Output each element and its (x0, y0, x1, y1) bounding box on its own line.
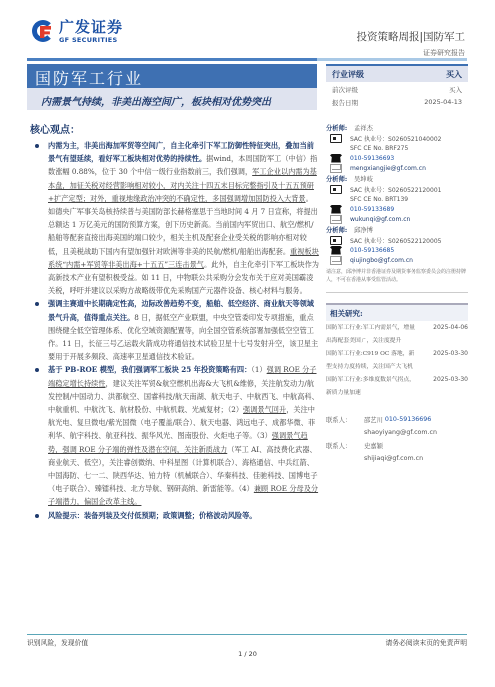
prev-rating-row: 前次评级 买入 (326, 82, 468, 95)
contact-email[interactable]: shijiaqi@gf.com.cn (364, 455, 423, 462)
bullet-3: 基于 PB-ROE 模型，我们强调军工板块 25 年投资策略有四：（1）强调 R… (34, 363, 319, 508)
contact-email[interactable]: shaoyiyang@gf.com.cn (364, 429, 437, 436)
related-title[interactable]: 国防军工行业:C919 OC 落地，新型支持力度持续，关注国产大飞机 (326, 348, 416, 373)
rating-value: 买入 (446, 69, 462, 80)
related-date: 2025-03-30 (433, 374, 468, 399)
analyst-label: 分析师: (326, 174, 354, 183)
logo-cn: 广发证券 (59, 20, 123, 35)
phone-icon (330, 154, 342, 163)
core-heading: 核心观点： (30, 121, 80, 136)
bullet-lead: 风险提示：装备列装及交付低预期；政策调整；价格波动风险等。 (48, 511, 256, 520)
related-date: 2025-04-06 (433, 322, 468, 347)
footer-divider (27, 634, 467, 635)
phone-number: 010-59136685 (350, 247, 394, 254)
analyst-label: 分析师: (326, 123, 354, 132)
rating-header: 行业评级 买入 (326, 64, 468, 82)
sidebar: 行业评级 买入 前次评级 买入 报告日期 2025-04-13 分析师:孟祥杰 … (326, 64, 468, 465)
spacer (330, 144, 342, 153)
spacer (330, 195, 342, 204)
contact-name: 史嘉颖 (364, 441, 383, 450)
id-card-icon (330, 185, 342, 194)
contact-label: 联系人： (326, 441, 364, 450)
bullet-text: 。如德央广军事关岛核持续普与美国防部长赫格塞思于当地时间 4 月 7 日宣称，将… (48, 194, 318, 256)
phone-number: 010-59136693 (350, 155, 394, 162)
sac-number: SAC 执业号：S0260521040002 (350, 134, 441, 143)
analyst-1: 分析师:孟祥杰 SAC 执业号：S0260521040002 SFC CE No… (326, 122, 468, 173)
sac-number: SAC 执业号：S0260522120001 (350, 185, 441, 194)
bullet-lead: 基于 PB-ROE 模型，我们强调军工板块 25 年投资策略有四： (48, 365, 251, 374)
related-date: 2025-03-30 (433, 348, 468, 373)
related-item[interactable]: 国防军工行业:C919 OC 落地，新型支持力度持续，关注国产大飞机2025-0… (326, 348, 468, 373)
underlined-text: 强调景气回升 (243, 405, 286, 414)
date-label: 报告日期 (332, 98, 358, 108)
analyst-name: 吴坤岐 (354, 174, 373, 183)
mail-icon (330, 215, 342, 224)
analyst-name: 孟祥杰 (354, 123, 373, 132)
related-heading: 相关研究: (326, 303, 468, 321)
bullet-4: 风险提示：装备列装及交付低预期；政策调整；价格波动风险等。 (34, 509, 319, 522)
report-type: 投资策略周报|国防军工 (356, 29, 465, 44)
header-divider (27, 58, 467, 61)
rating-label: 行业评级 (332, 69, 364, 80)
footer-disclaimer: 请务必阅读末页的免责声明 (385, 637, 467, 647)
email-link[interactable]: mengxiangjie@gf.com.cn (350, 165, 426, 172)
phone-icon (330, 205, 342, 214)
sac-number: SAC 执业号：S0260522120005 (350, 236, 441, 245)
mail-icon (330, 164, 342, 173)
related-item[interactable]: 国防军工行业:多维度数景气拐点，新质力量加速2025-03-30 (326, 374, 468, 399)
id-card-icon (330, 236, 342, 245)
email-link[interactable]: qiujingbo@gf.com.cn (350, 257, 413, 264)
page-number: 1 / 20 (0, 650, 495, 658)
gf-logo-icon (32, 20, 56, 44)
report-sub: 证券研究报告 (356, 48, 465, 58)
date-row: 报告日期 2025-04-13 (326, 95, 468, 108)
date-value: 2025-04-13 (424, 98, 462, 108)
phone-icon (330, 246, 342, 255)
main-content: 内需为主，非美出海加军贸等空间广，自主化牵引下军工防御性特征突出，叠加当前景气有… (34, 139, 319, 522)
phone-number: 010-59133689 (350, 206, 394, 213)
contact-label: 联系人： (326, 415, 364, 424)
gf-logo: 广发证券 GF SECURITIES (32, 20, 123, 44)
mail-icon (330, 256, 342, 265)
analyst-3: 分析师:邱净博 SAC 执业号：S0260522120005 010-59136… (326, 224, 468, 265)
related-item[interactable]: 国防军工行业:军工内需景气，增量出海配套美国ㄏ，关注度提升2025-04-06 (326, 322, 468, 347)
bullet-2: 强调主赛道中长期确定性高，边际改善趋势不变，船舶、低空经济、商业航天等领域景气升… (34, 297, 319, 363)
bullet-1: 内需为主，非美出海加军贸等空间广，自主化牵引下军工防御性特征突出，叠加当前景气有… (34, 139, 319, 297)
industry-title: 国防军工行业 (27, 64, 317, 88)
sfc-number: SFC CE No. BRF275 (350, 145, 408, 152)
sfc-number: SFC CE No. BRT139 (350, 196, 408, 203)
contact-phone: 010-59136696 (385, 416, 431, 423)
logo-en: GF SECURITIES (59, 37, 123, 44)
email-link[interactable]: wukunqi@gf.com.cn (350, 216, 410, 223)
footer-slogan: 识别风险，发现价值 (27, 637, 88, 647)
bullet-text: （1） (251, 365, 266, 374)
analyst-label: 分析师: (326, 225, 354, 234)
prev-rating-label: 前次评级 (332, 85, 358, 95)
report-subtitle: 内需景气持续，非美出海空间广，板块相对优势突出 (27, 88, 317, 110)
prev-rating-value: 买入 (449, 85, 462, 95)
related-title[interactable]: 国防军工行业:多维度数景气拐点，新质力量加速 (326, 374, 416, 399)
analyst-2: 分析师:吴坤岐 SAC 执业号：S0260522120001 SFC CE No… (326, 173, 468, 224)
analyst-name: 邱净博 (354, 225, 373, 234)
id-card-icon (330, 134, 342, 143)
contacts: 联系人：邵艺川 010-59136696 shaoyiyang@gf.com.c… (326, 413, 468, 465)
related-title[interactable]: 国防军工行业:军工内需景气，增量出海配套美国ㄏ，关注度提升 (326, 322, 416, 347)
license-note: 请注意，邱净博并非香港证券及期货事务监察委员会的注册持牌人，不可在香港从事受监管… (326, 268, 468, 293)
page-header: 广发证券 GF SECURITIES 投资策略周报|国防军工 证券研究报告 (0, 0, 495, 62)
contact-name: 邵艺川 (364, 415, 383, 424)
